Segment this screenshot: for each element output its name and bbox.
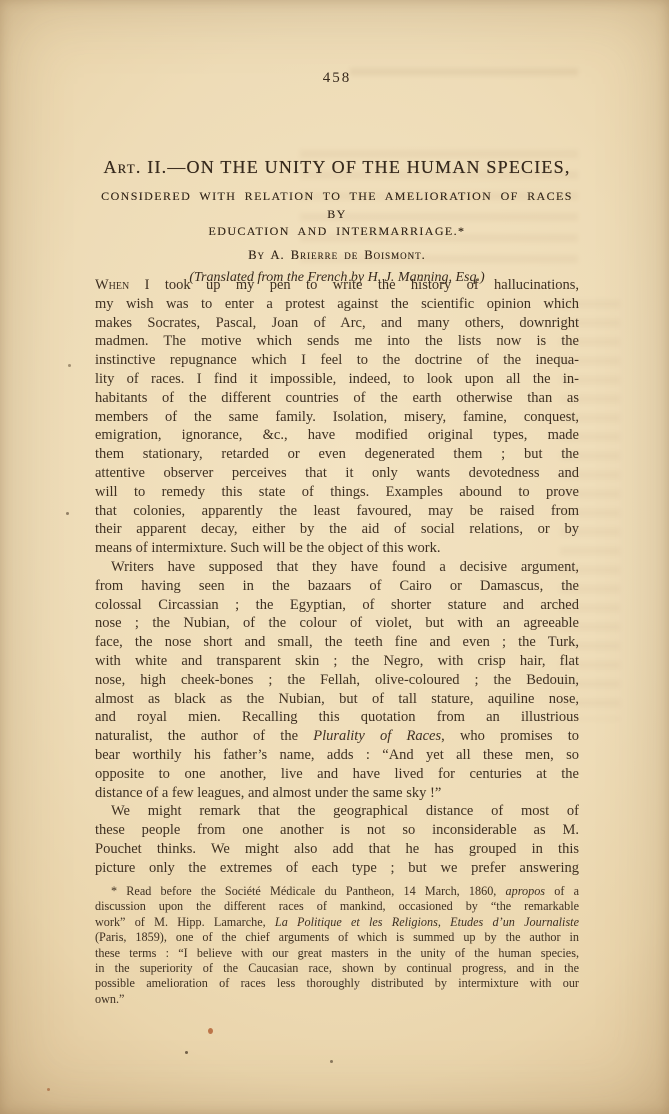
- article-title: Art. II.—ON THE UNITY OF THE HUMAN SPECI…: [95, 156, 579, 178]
- text-line: attentive observer perceives that it onl…: [95, 464, 579, 483]
- text-line: from having seen in the bazaars of Cairo…: [95, 577, 579, 596]
- text-line: lity of races. I find it impossible, ind…: [95, 370, 579, 389]
- text-line: habitants of the different countries of …: [95, 389, 579, 408]
- text-line: bear worthily his father’s name, adds : …: [95, 746, 579, 765]
- text-line: their apparent decay, either by the aid …: [95, 520, 579, 539]
- article-header: Art. II.—ON THE UNITY OF THE HUMAN SPECI…: [95, 156, 579, 286]
- foxing-speck: [330, 1060, 333, 1063]
- paragraph: Writers have supposed that they have fou…: [95, 558, 579, 802]
- text-line: these people from one another is not so …: [95, 821, 579, 840]
- text-line: them stationary, retarded or even degene…: [95, 445, 579, 464]
- foxing-speck: [68, 364, 71, 367]
- text-line: means of intermixture. Such will be the …: [95, 539, 579, 558]
- footnote-paragraph: * Read before the Société Médicale du Pa…: [95, 884, 579, 1007]
- footnote: * Read before the Société Médicale du Pa…: [95, 884, 579, 1007]
- foxing-speck: [208, 1028, 213, 1034]
- text-line: When I took up my pen to write the histo…: [95, 276, 579, 295]
- text-line: with white and transparent skin ; the Ne…: [95, 652, 579, 671]
- text-line: almost as black as the Nubian, but of ta…: [95, 690, 579, 709]
- paragraph: We might remark that the geographical di…: [95, 802, 579, 877]
- text-line: colossal Circassian ; the Egyptian, of s…: [95, 596, 579, 615]
- text-line: face, the nose short and small, the teet…: [95, 633, 579, 652]
- scanned-page: 458 Art. II.—ON THE UNITY OF THE HUMAN S…: [0, 0, 669, 1114]
- text-line: naturalist, the author of the Plurality …: [95, 727, 579, 746]
- text-line: opposite to one another, live and have l…: [95, 765, 579, 784]
- text-line: Writers have supposed that they have fou…: [95, 558, 579, 577]
- text-line: discussion upon the different races of m…: [95, 899, 579, 914]
- text-line: members of the same family. Isolation, m…: [95, 408, 579, 427]
- paragraph: When I took up my pen to write the histo…: [95, 276, 579, 558]
- text-line: emigration, ignorance, &c., have modifie…: [95, 426, 579, 445]
- text-line: * Read before the Société Médicale du Pa…: [95, 884, 579, 899]
- text-line: these terms : “I believe with our great …: [95, 946, 579, 961]
- article-body: When I took up my pen to write the histo…: [95, 276, 579, 878]
- text-line: We might remark that the geographical di…: [95, 802, 579, 821]
- text-line: picture only the extremes of each type ;…: [95, 859, 579, 878]
- text-line: Pouchet thinks. We might also add that h…: [95, 840, 579, 859]
- text-line: my wish was to enter a protest against t…: [95, 295, 579, 314]
- foxing-speck: [185, 1051, 188, 1054]
- text-line: (Paris, 1859), one of the chief argument…: [95, 930, 579, 945]
- article-subtitle-line2: EDUCATION AND INTERMARRIAGE.*: [95, 223, 579, 241]
- text-line: and royal mien. Recalling this quotation…: [95, 708, 579, 727]
- text-line: madmen. The motive which sends me into t…: [95, 332, 579, 351]
- text-line: own.”: [95, 992, 579, 1007]
- text-line: distance of a few leagues, and almost un…: [95, 784, 579, 803]
- text-line: nose ; the Nubian, of the colour of viol…: [95, 614, 579, 633]
- foxing-speck: [47, 1088, 50, 1091]
- article-subtitle-line1: CONSIDERED WITH RELATION TO THE AMELIORA…: [95, 188, 579, 223]
- article-byline: By A. Brierre de Boismont.: [95, 248, 579, 263]
- text-line: instinctive repugnance which I feel to t…: [95, 351, 579, 370]
- page-number: 458: [95, 70, 579, 87]
- text-line: nose, high cheek-bones ; the Fellah, oli…: [95, 671, 579, 690]
- text-line: in the superiority of the Caucasian race…: [95, 961, 579, 976]
- text-line: makes Socrates, Pascal, Joan of Arc, and…: [95, 314, 579, 333]
- foxing-speck: [66, 512, 69, 515]
- text-line: will to remedy this state of things. Exa…: [95, 483, 579, 502]
- text-line: work” of M. Hipp. Lamarche, La Politique…: [95, 915, 579, 930]
- text-line: that colonies, apparently the least favo…: [95, 502, 579, 521]
- text-line: possible amelioration of races less thor…: [95, 976, 579, 991]
